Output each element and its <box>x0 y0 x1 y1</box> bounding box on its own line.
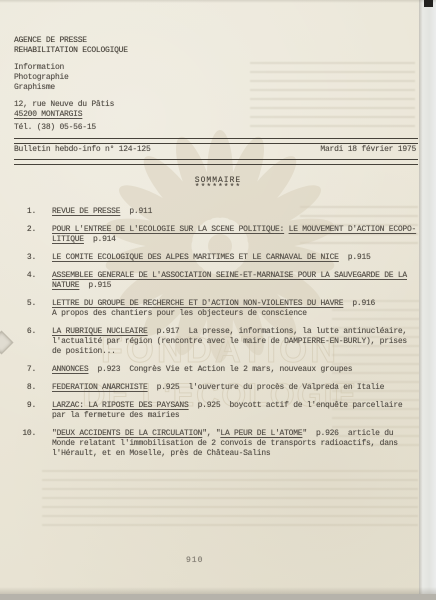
summary-item-line: LE COMITE ECOLOGIQUE DES ALPES MARITIMES… <box>52 253 420 263</box>
summary-item-line: Monde relatant l'immobilisation de 2 con… <box>52 439 420 449</box>
summary-item-number: 4. <box>20 271 36 291</box>
divider-rule <box>14 159 418 165</box>
summary-item-number: 3. <box>20 253 36 263</box>
summary-item-line: ANNONCES p.923 Congrès Vie et Action le … <box>52 365 420 375</box>
summary-item-line: REVUE DE PRESSE p.911 <box>52 207 420 217</box>
summary-item-line: par la fermeture des mairies <box>52 411 420 421</box>
scan-edge-strip <box>419 0 436 600</box>
summary-item: 9.LARZAC: LA RIPOSTE DES PAYSANS p.925 b… <box>20 401 420 421</box>
summary-item: 10."DEUX ACCIDENTS DE LA CIRCULATION", "… <box>20 429 420 459</box>
summary-item-number: 9. <box>20 401 36 421</box>
paper-bottom-shadow <box>0 587 436 594</box>
summary-item-line: de position... <box>52 347 420 357</box>
summary-item-line: NATURE p.915 <box>52 281 420 291</box>
summary-item-number: 7. <box>20 365 36 375</box>
summary-item: 8.FEDERATION ANARCHISTE p.925 l'ouvertur… <box>20 383 420 393</box>
agency-services: InformationPhotographieGraphisme <box>14 63 69 93</box>
summary-item-line: LA RUBRIQUE NUCLEAIRE p.917 La presse, i… <box>52 327 420 337</box>
summary-item-number: 2. <box>20 225 36 245</box>
summary-item: 3.LE COMITE ECOLOGIQUE DES ALPES MARITIM… <box>20 253 420 263</box>
bulletin-number: Bulletin hebdo-info n° 124-125 <box>14 145 151 155</box>
page-number: 910 <box>186 556 203 566</box>
showthrough-text <box>250 62 415 128</box>
summary-item: 4.ASSEMBLEE GENERALE DE L'ASSOCIATION SE… <box>20 271 420 291</box>
agency-phone: Tél. (38) 05-56-15 <box>14 123 96 133</box>
summary-list: 1.REVUE DE PRESSE p.9112.POUR L'ENTREE D… <box>20 207 420 467</box>
summary-item-number: 10. <box>20 429 36 459</box>
summary-item: 1.REVUE DE PRESSE p.911 <box>20 207 420 217</box>
summary-item: 7.ANNONCES p.923 Congrès Vie et Action l… <box>20 365 420 375</box>
document-page: FONDATION DE L'ECOLOGIE AGENCE DE PRESSE… <box>0 0 436 600</box>
summary-item-line: ASSEMBLEE GENERALE DE L'ASSOCIATION SEIN… <box>52 271 420 281</box>
summary-item-line: LITIQUE p.914 <box>52 235 420 245</box>
summary-item: 5.LETTRE DU GROUPE DE RECHERCHE ET D'ACT… <box>20 299 420 319</box>
summary-item-line: "DEUX ACCIDENTS DE LA CIRCULATION", "LA … <box>52 429 420 439</box>
summary-item-line: FEDERATION ANARCHISTE p.925 l'ouverture … <box>52 383 420 393</box>
scan-corner-mark <box>424 0 433 7</box>
summary-item-number: 6. <box>20 327 36 357</box>
summary-item-line: l'Hérault, et en Moselle, près de Châtea… <box>52 449 420 459</box>
scan-bottom-edge <box>0 594 436 600</box>
summary-item-number: 1. <box>20 207 36 217</box>
summary-item-line: A propos des chantiers pour les objecteu… <box>52 309 420 319</box>
issue-date: Mardi 18 février 1975 <box>320 145 416 155</box>
agency-address: 12, rue Neuve du Pâtis45200 MONTARGIS <box>14 100 114 120</box>
showthrough-text <box>42 470 418 528</box>
summary-item: 2.POUR L'ENTREE DE L'ECOLOGIE SUR LA SCE… <box>20 225 420 245</box>
summary-item: 6.LA RUBRIQUE NUCLEAIRE p.917 La presse,… <box>20 327 420 357</box>
summary-item-line: l'actualité par région (rencontre avec l… <box>52 337 420 347</box>
scan-top-shadow <box>0 0 436 3</box>
staple-mark <box>0 330 14 354</box>
summary-item-line: POUR L'ENTREE DE L'ECOLOGIE SUR LA SCENE… <box>52 225 420 235</box>
summary-item-line: LETTRE DU GROUPE DE RECHERCHE ET D'ACTIO… <box>52 299 420 309</box>
summary-item-number: 8. <box>20 383 36 393</box>
summary-item-number: 5. <box>20 299 36 319</box>
agency-name: AGENCE DE PRESSEREHABILITATION ECOLOGIQU… <box>14 36 128 56</box>
divider-rule <box>14 138 418 144</box>
summary-item-line: LARZAC: LA RIPOSTE DES PAYSANS p.925 boy… <box>52 401 420 411</box>
summary-title-underline: ******** <box>0 183 436 193</box>
